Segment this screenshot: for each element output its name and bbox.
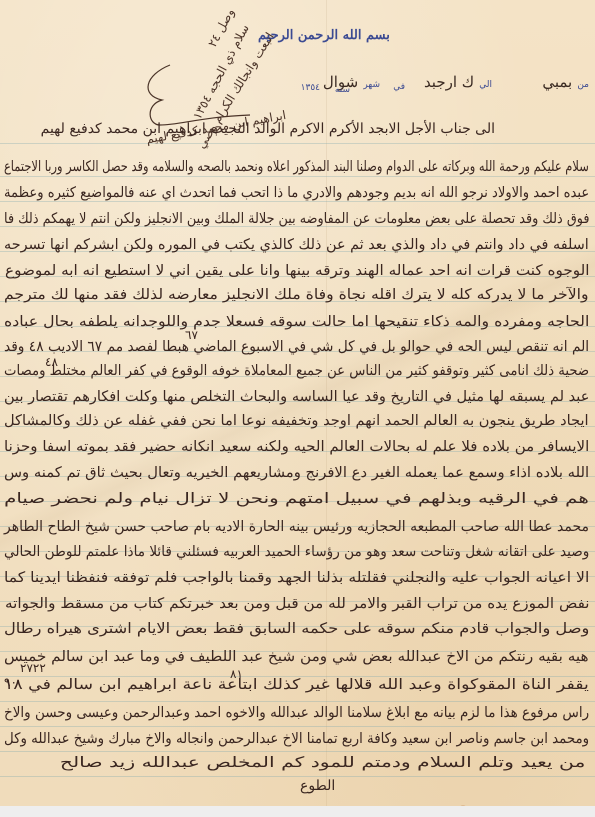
basmala-letterhead: بسم الله الرحمن الرحيم [258, 28, 390, 43]
to-label: الي [479, 80, 492, 90]
body-line: نفض الموزع يده من تراب القبر والامر لله … [5, 597, 589, 612]
scan-border [0, 806, 595, 817]
in-label: في [393, 82, 405, 92]
letter-paper: بسم الله الرحمن الرحيم من بمبي الي ك ارج… [0, 0, 595, 806]
body-line: الوجوه كنت قرات انه احد عماله الهند وترق… [5, 264, 589, 279]
body-line: سلام عليكم ورحمة الله وبركاته على الدوام… [4, 160, 589, 175]
header-month: شهر شوال [323, 72, 380, 91]
body-line: وصل والجواب قادم منكم سوقه على حكمه السا… [4, 622, 589, 637]
body-line: عبد لم يسبقه لها مثيل في التاريخ وقد عيا… [4, 390, 589, 405]
body-line: اسلفه في داد وانتم في داد والذي بعد ثم ع… [4, 238, 589, 253]
ruled-line [0, 776, 595, 777]
inline-number: ٨١ [230, 668, 243, 680]
body-line: الايسافر من بلاده فلا علم له بحالات العا… [4, 440, 589, 455]
body-line: فوق ذلك وقد تحصلة على بعض معلومات عن الم… [4, 212, 589, 227]
body-line: ايجاد طريق ينجون به العالم الحمد انهم او… [4, 414, 589, 429]
ruled-line [0, 201, 595, 202]
body-line: هيه بقيه رنتكم من الاخ عبدالله بعض شي وم… [4, 650, 589, 665]
header-year: ١٣٥٤ [301, 75, 320, 94]
body-line: من يعيد وتلم السلام ودمتم للمود كم المخل… [60, 756, 585, 771]
ruled-line [0, 751, 595, 752]
body-line: محمد عطا الله صاحب المطبعه الحجازيه ورئي… [4, 520, 589, 535]
from-value: بمبي [542, 73, 572, 91]
inline-number: ٩٠ [4, 676, 17, 688]
body-line: الا اعيانه الجواب عليه والنجلني فقلتله ب… [4, 571, 589, 586]
body-line: هم في الرقيه وبذلهم في سبيل امتهم ونحن ل… [4, 492, 589, 507]
ruled-line [0, 726, 595, 727]
signature-name: الطوع [300, 778, 335, 794]
year-label: سنه [335, 85, 350, 95]
month-label: شهر [363, 80, 380, 90]
body-line: عبده احمد والاولاد نرجو الله انه بديم وج… [4, 186, 589, 201]
body-line: الم انه تنقص ليس الحه في حوالو بل في كل … [4, 340, 589, 355]
header-in: في [393, 74, 405, 93]
salutation: الى جناب الأجل الابجد الأكرم الاكرم الوا… [41, 122, 495, 136]
inline-number: ٦٧ [185, 329, 198, 341]
header-year-label: سنه [335, 77, 350, 96]
body-line: وصيد على اتقانه شغل وتناحت سعد وهو من رؤ… [4, 545, 589, 560]
to-value: ك ارجبد [424, 73, 474, 91]
ruled-line [0, 701, 595, 702]
body-line: ومحمد ابن جاسم وناصر ابن سعيد وكافة اربع… [4, 732, 589, 747]
body-line: راس مرفوع هذا ما لزم بيانه مع ابلاغ سلام… [4, 706, 589, 721]
from-label: من [577, 80, 589, 90]
header-to: الي ك ارجبد [424, 72, 492, 91]
header-from: من بمبي [542, 72, 589, 91]
ruled-line [0, 143, 595, 144]
ruled-line [0, 176, 595, 177]
year-value: ١٣٥٤ [301, 83, 320, 93]
body-line: الله بلاده اذاء وسمع عما يعمله الغير دع … [4, 466, 589, 481]
body-line: الحاجه ومفرده والمه ذكاء تنقيحها اما حال… [4, 315, 589, 330]
body-line: ضحية ذلك انامى كثير وتوقفو كثير من الناس… [4, 364, 589, 379]
body-line: يقفر الناة المقوكواة وعبد الله قلالها غي… [4, 678, 589, 693]
inline-number: ٢٧٢٢ [20, 662, 46, 674]
inline-number: ٤٨ [45, 356, 58, 368]
body-line: والآخر ما لا يدركه كله لا يترك اقله نجاة… [5, 288, 589, 303]
